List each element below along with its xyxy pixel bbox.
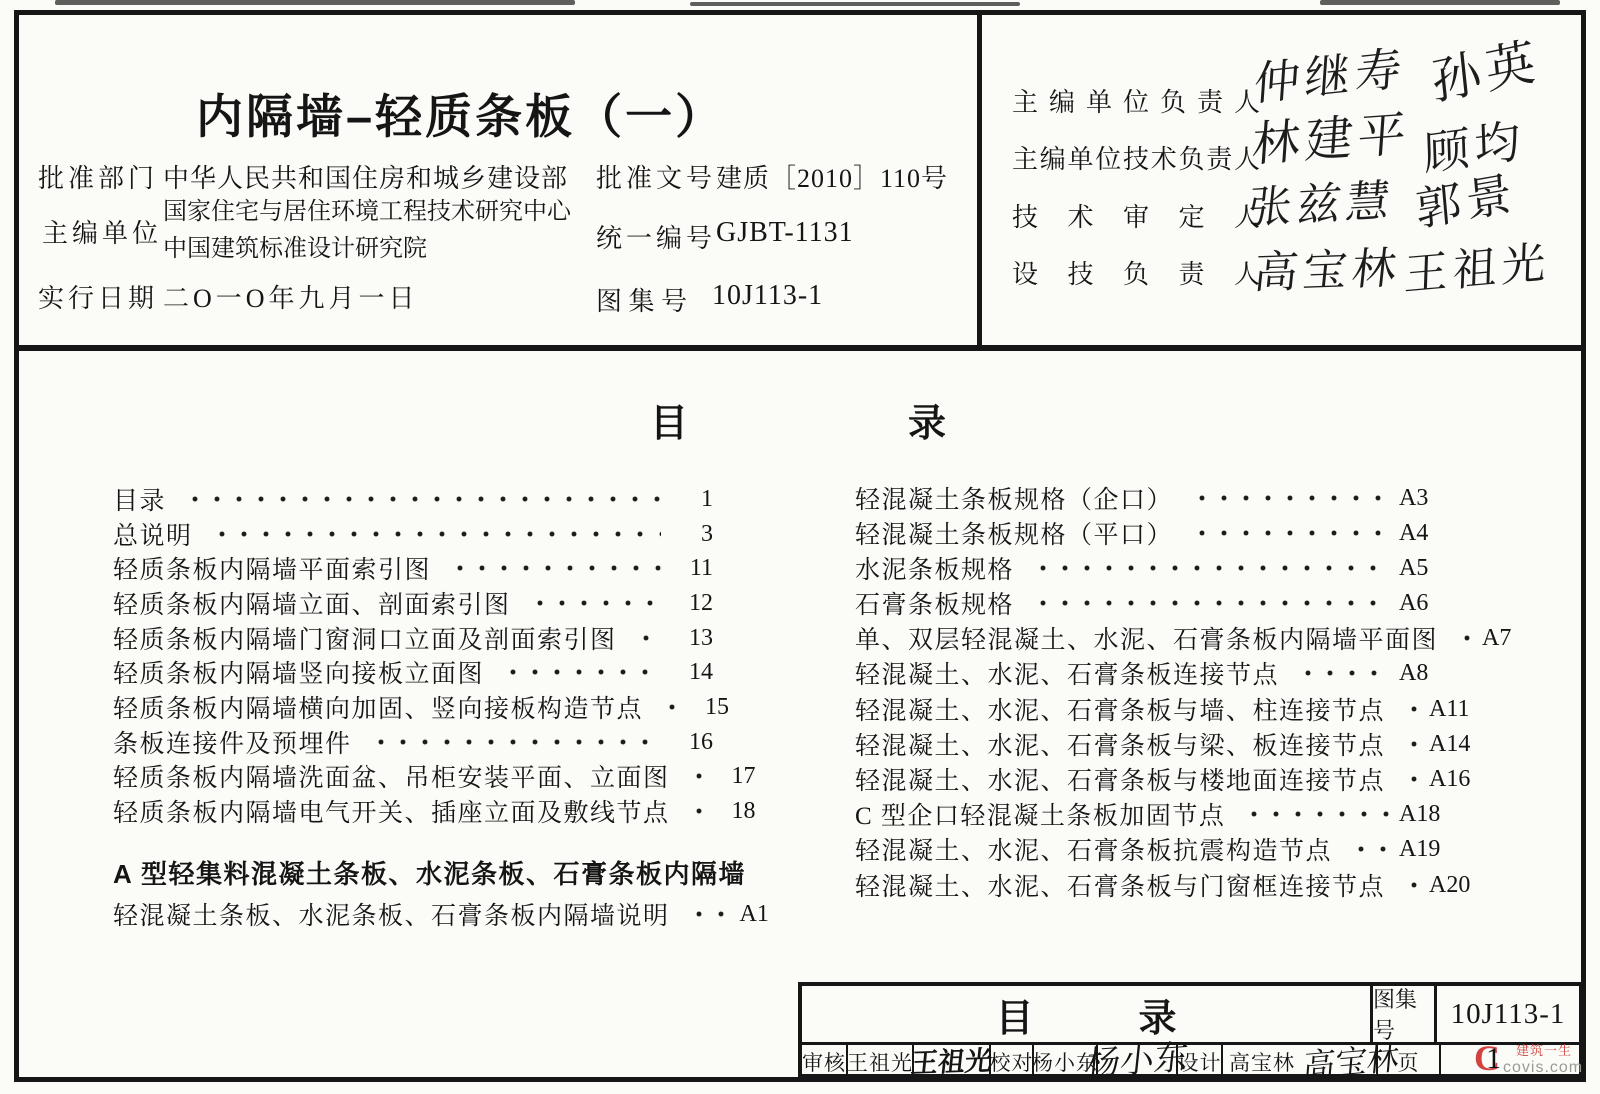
page-number: 1 bbox=[1486, 1042, 1501, 1076]
atlas-no-value-cell: 10J113-1 bbox=[1434, 986, 1579, 1042]
chief-unit-line2: 中国建筑标准设计研究院 bbox=[163, 228, 427, 263]
watermark-domain: covis.com bbox=[1503, 1059, 1583, 1077]
design-name-cell: 高宝林 高宝林 bbox=[1221, 1045, 1376, 1079]
toc-entry: 轻质条板内隔墙门窗洞口立面及剖面索引图13 bbox=[113, 623, 713, 653]
dot-leader bbox=[500, 668, 661, 676]
toc-entry-title: 轻混凝土、水泥、石膏条板抗震构造节点 bbox=[855, 831, 1332, 867]
proof-label: 校对 bbox=[990, 1047, 1034, 1077]
chief-unit-label: 主编单位 bbox=[42, 213, 162, 250]
toc-entry-page: A5 bbox=[1399, 555, 1453, 582]
toc-entry-title: C 型企口轻混凝土条板加固节点 bbox=[855, 796, 1225, 832]
toc-entry-title: 轻质条板内隔墙横向加固、竖向接板构造节点 bbox=[113, 689, 643, 725]
design-name: 高宝林 bbox=[1229, 1047, 1295, 1077]
chief-unit-tech-director-label: 主编单位技术负责人 bbox=[1012, 139, 1260, 176]
toc-entry-title: 轻混凝土、水泥、石膏条板与墙、柱连接节点 bbox=[855, 691, 1385, 727]
toc-entry: 石膏条板规格A6 bbox=[855, 588, 1453, 618]
dot-leader bbox=[659, 703, 677, 711]
toc-entry-page: 11 bbox=[671, 555, 713, 582]
impl-date-value: 二O一O年九月一日 bbox=[163, 278, 419, 315]
signature-handwritten: 高宝林 bbox=[1252, 247, 1404, 296]
toc-entry: 轻质条板内隔墙竖向接板立面图14 bbox=[113, 657, 713, 687]
dot-leader bbox=[447, 564, 661, 572]
toc-entry: 总说明3 bbox=[113, 519, 713, 549]
toc-entry-page: A8 bbox=[1399, 660, 1453, 687]
toc-entry: 轻质条板内隔墙平面索引图11 bbox=[113, 553, 713, 583]
toc-entry-page: 12 bbox=[671, 590, 713, 617]
toc-entry: 轻混凝土条板规格（企口）A3 bbox=[855, 483, 1453, 513]
toc-entry-title: 轻混凝土、水泥、石膏条板连接节点 bbox=[855, 655, 1279, 691]
toc-entry-title: 轻混凝土、水泥、石膏条板与门窗框连接节点 bbox=[855, 867, 1385, 903]
toc-entry: 条板连接件及预埋件16 bbox=[113, 727, 713, 757]
title-block-bottom-row: 审核 王祖光 王祖光 校对 杨小东 杨小东 设计 高宝林 高宝林 页 bbox=[802, 1045, 1579, 1079]
title-block-top-row: 目 录 图集号 10J113-1 bbox=[802, 986, 1579, 1045]
review-name-cell: 王祖光 bbox=[846, 1045, 912, 1079]
dot-leader bbox=[209, 530, 661, 538]
dot-leader bbox=[182, 495, 661, 503]
atlas-no-value: 10J113-1 bbox=[1451, 998, 1566, 1031]
dot-leader bbox=[1348, 845, 1389, 853]
toc-entry-title: 轻质条板内隔墙门窗洞口立面及剖面索引图 bbox=[113, 620, 617, 656]
toc-entry-page: A14 bbox=[1429, 731, 1483, 758]
review-label: 审核 bbox=[802, 1047, 846, 1077]
atlas-cover-page: 内隔墙–轻质条板（一） 批准部门 中华人民共和国住房和城乡建设部 批准文号 建质… bbox=[0, 0, 1600, 1094]
toc-entry-title: 轻质条板内隔墙电气开关、插座立面及敷线节点 bbox=[113, 793, 670, 829]
toc-entry-page: A19 bbox=[1399, 836, 1453, 863]
dot-leader bbox=[1295, 669, 1389, 677]
toc-section-header: A 型轻集料混凝土条板、水泥条板、石膏条板内隔墙 bbox=[113, 854, 746, 891]
toc-entry: 轻质条板内隔墙立面、剖面索引图12 bbox=[113, 588, 713, 618]
toc-entry: 单、双层轻混凝土、水泥、石膏条板内隔墙平面图A7 bbox=[855, 623, 1453, 653]
scan-artifact bbox=[1320, 0, 1560, 5]
toc-entry-page: A18 bbox=[1399, 801, 1453, 828]
dot-leader bbox=[1241, 810, 1389, 818]
atlas-no-label: 图 集 号 bbox=[596, 281, 687, 318]
toc-entry: 轻混凝土、水泥、石膏条板与墙、柱连接节点A11 bbox=[855, 694, 1453, 724]
design-tech-director-label: 设 技 负 责 人 bbox=[1012, 254, 1260, 291]
toc-entry: 轻质条板内隔墙洗面盆、吊柜安装平面、立面图17 bbox=[113, 761, 713, 791]
sheet-title-cell: 目 录 bbox=[802, 986, 1370, 1042]
tech-examiner-label: 技 术 审 定 人 bbox=[1012, 197, 1260, 234]
atlas-no-value: 10J113-1 bbox=[712, 280, 823, 312]
drawing-title-block: 目 录 图集号 10J113-1 审核 王祖光 王祖光 校对 杨小东 杨小东 设… bbox=[798, 982, 1583, 1078]
toc-entry-title: 轻混凝土条板规格（平口） bbox=[855, 515, 1173, 551]
toc-entry-title: 轻混凝土、水泥、石膏条板与楼地面连接节点 bbox=[855, 761, 1385, 797]
review-label-cell: 审核 bbox=[802, 1045, 846, 1079]
toc-entry-title: 水泥条板规格 bbox=[855, 550, 1014, 586]
header-horizontal-divider bbox=[14, 345, 1586, 351]
toc-entry-title: 总说明 bbox=[113, 516, 193, 552]
toc-entry-title: 轻混凝土条板规格（企口） bbox=[855, 480, 1173, 516]
atlas-no-label: 图集号 bbox=[1373, 983, 1434, 1045]
signature-handwritten: 张兹慧 bbox=[1246, 179, 1397, 231]
toc-entry-page: 14 bbox=[671, 659, 713, 686]
toc-entry-title: 轻质条板内隔墙立面、剖面索引图 bbox=[113, 585, 511, 621]
review-name: 王祖光 bbox=[847, 1047, 913, 1077]
dot-leader bbox=[1454, 634, 1472, 642]
toc-entry-page: 16 bbox=[671, 729, 713, 756]
toc-entry: 轻混凝土、水泥、石膏条板与门窗框连接节点A20 bbox=[855, 870, 1453, 900]
dot-leader bbox=[1401, 775, 1419, 783]
toc-entry-page: 1 bbox=[671, 486, 713, 513]
toc-entry: 水泥条板规格A5 bbox=[855, 553, 1453, 583]
toc-entry: C 型企口轻混凝土条板加固节点A18 bbox=[855, 799, 1453, 829]
dot-leader bbox=[1189, 494, 1389, 502]
toc-entry-page: 15 bbox=[687, 694, 729, 721]
toc-heading-char1: 目 bbox=[650, 392, 688, 447]
scan-artifact bbox=[690, 2, 1020, 6]
toc-entry-page: A16 bbox=[1429, 766, 1483, 793]
signature-handwritten: 王祖光 bbox=[910, 1047, 994, 1077]
toc-entry-title: 轻质条板内隔墙平面索引图 bbox=[113, 550, 431, 586]
dot-leader bbox=[633, 634, 661, 642]
scan-artifact bbox=[55, 0, 575, 5]
toc-entry: 轻质条板内隔墙电气开关、插座立面及敷线节点18 bbox=[113, 796, 713, 826]
chief-unit-line1: 国家住宅与居住环境工程技术研究中心 bbox=[163, 191, 571, 226]
watermark-brand: 建筑一生 bbox=[1516, 1040, 1572, 1059]
toc-entry-page: A6 bbox=[1399, 590, 1453, 617]
signature-handwritten: 林建平 bbox=[1250, 111, 1412, 170]
sheet-title-char2: 录 bbox=[1139, 987, 1177, 1042]
toc-entry-page: A7 bbox=[1482, 625, 1536, 652]
toc-entry-page: A1 bbox=[740, 901, 794, 928]
signature-handwritten: 杨小东 bbox=[1084, 1041, 1189, 1082]
dot-leader bbox=[1401, 740, 1419, 748]
proof-label-cell: 校对 bbox=[989, 1045, 1032, 1079]
toc-entry: 轻混凝土、水泥、石膏条板与楼地面连接节点A16 bbox=[855, 764, 1453, 794]
dot-leader bbox=[368, 738, 661, 746]
impl-date-label: 实行日期 bbox=[38, 278, 158, 315]
toc-entry-title: 轻混凝土条板、水泥条板、石膏条板内隔墙说明 bbox=[113, 896, 670, 932]
page-label: 页 bbox=[1398, 1047, 1420, 1077]
dot-leader bbox=[686, 910, 730, 918]
atlas-no-label-cell: 图集号 bbox=[1370, 986, 1434, 1042]
document-title: 内隔墙–轻质条板（一） bbox=[196, 80, 725, 147]
dot-leader bbox=[686, 807, 704, 815]
toc-entry-title: 单、双层轻混凝土、水泥、石膏条板内隔墙平面图 bbox=[855, 620, 1438, 656]
toc-entry-title: 石膏条板规格 bbox=[855, 585, 1014, 621]
dot-leader bbox=[686, 772, 704, 780]
toc-entry-page: 18 bbox=[714, 798, 756, 825]
toc-entry-page: A3 bbox=[1399, 485, 1453, 512]
sheet-title-char1: 目 bbox=[995, 987, 1033, 1042]
proof-signature-cell: 杨小东 bbox=[1096, 1045, 1176, 1079]
dot-leader bbox=[1189, 529, 1389, 537]
toc-entry-page: A11 bbox=[1429, 696, 1483, 723]
approval-dept-label: 批准部门 bbox=[38, 158, 158, 195]
header-vertical-divider bbox=[977, 10, 982, 350]
toc-heading-char2: 录 bbox=[908, 392, 946, 447]
dot-leader bbox=[1401, 881, 1419, 889]
toc-entry: 轻质条板内隔墙横向加固、竖向接板构造节点15 bbox=[113, 692, 713, 722]
review-signature-cell: 王祖光 bbox=[912, 1045, 989, 1079]
dot-leader bbox=[1030, 564, 1389, 572]
toc-entry-title: 条板连接件及预埋件 bbox=[113, 724, 352, 760]
toc-entry: 轻混凝土条板规格（平口）A4 bbox=[855, 518, 1453, 548]
toc-entry: 轻混凝土、水泥、石膏条板连接节点A8 bbox=[855, 658, 1453, 688]
unified-no-value: GJBT-1131 bbox=[716, 217, 854, 249]
toc-entry-page: 3 bbox=[671, 521, 713, 548]
toc-entry: 目录1 bbox=[113, 484, 713, 514]
toc-entry-page: A20 bbox=[1429, 872, 1483, 899]
toc-entry-title: 轻质条板内隔墙竖向接板立面图 bbox=[113, 654, 484, 690]
approval-doc-label: 批准文号 bbox=[596, 158, 716, 195]
signature-handwritten: 高宝林 bbox=[1302, 1042, 1400, 1083]
dot-leader bbox=[1401, 705, 1419, 713]
toc-entry-page: A4 bbox=[1399, 520, 1453, 547]
approval-dept-value: 中华人民共和国住房和城乡建设部 bbox=[163, 158, 568, 195]
dot-leader bbox=[527, 599, 661, 607]
dot-leader bbox=[1030, 599, 1389, 607]
chief-unit-director-label: 主 编 单 位 负 责 人 bbox=[1012, 82, 1260, 119]
toc-entry-page: 17 bbox=[714, 763, 756, 790]
toc-entry: 轻混凝土、水泥、石膏条板与梁、板连接节点A14 bbox=[855, 729, 1453, 759]
unified-no-label: 统一编号 bbox=[596, 218, 716, 255]
toc-entry-title: 目录 bbox=[113, 481, 166, 517]
approval-doc-value: 建质［2010］110号 bbox=[716, 158, 948, 195]
toc-entry-page: 13 bbox=[671, 625, 713, 652]
toc-entry: 轻混凝土、水泥、石膏条板抗震构造节点A19 bbox=[855, 834, 1453, 864]
toc-entry-title: 轻质条板内隔墙洗面盆、吊柜安装平面、立面图 bbox=[113, 758, 670, 794]
toc-entry: 轻混凝土条板、水泥条板、石膏条板内隔墙说明A1 bbox=[113, 899, 713, 929]
toc-entry-title: 轻混凝土、水泥、石膏条板与梁、板连接节点 bbox=[855, 726, 1385, 762]
